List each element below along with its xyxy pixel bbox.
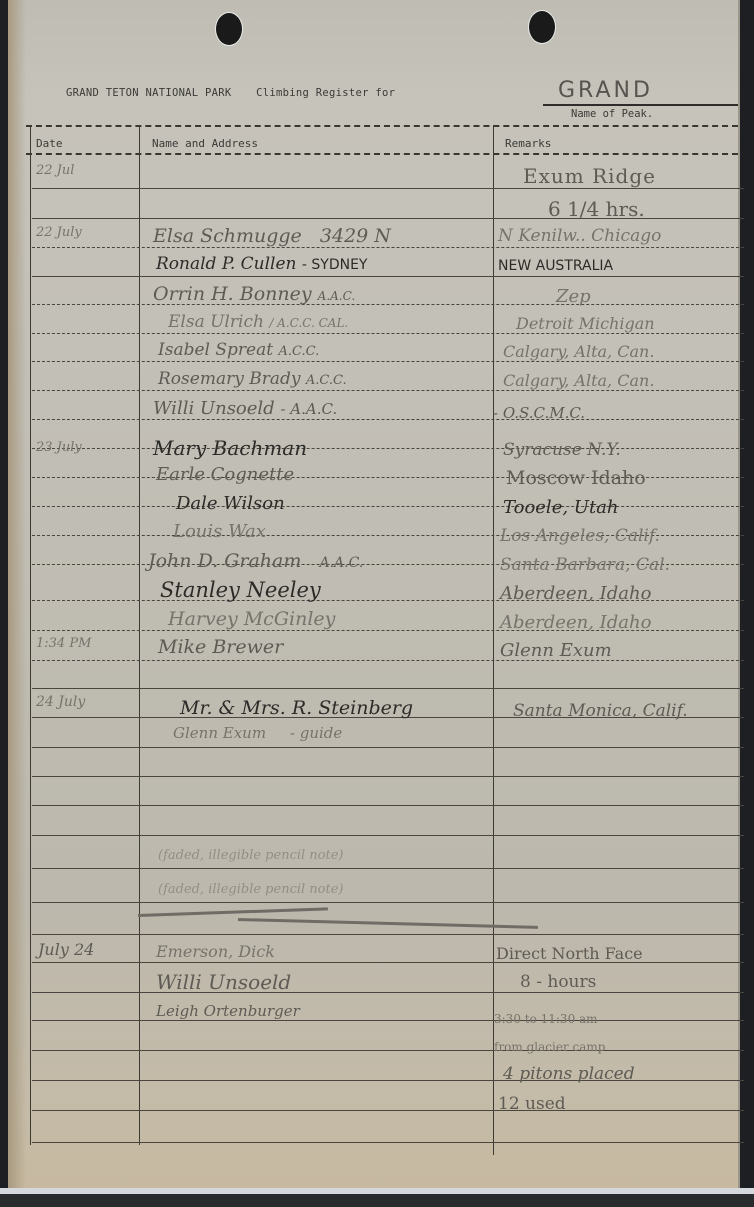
ruled-line bbox=[32, 1020, 744, 1021]
entry-remarks: Zep bbox=[556, 286, 591, 307]
entry-remarks: Santa Monica, Calif. bbox=[513, 701, 688, 721]
entry-remarks: Santa Barbara, Cal. bbox=[500, 555, 670, 575]
ruled-line bbox=[32, 992, 744, 993]
ruled-line bbox=[32, 835, 744, 836]
entry-name: John D. Graham A.A.C. bbox=[148, 550, 363, 572]
entry-remarks: Syracuse N.Y. bbox=[503, 440, 621, 460]
entry-name: Willi Unsoeld bbox=[156, 970, 291, 994]
ruled-line bbox=[32, 276, 744, 277]
entry-name: Stanley Neeley bbox=[160, 578, 321, 602]
ruled-line bbox=[32, 361, 744, 362]
frame-base bbox=[0, 1194, 754, 1207]
ruled-line bbox=[32, 868, 744, 869]
peak-name: GRAND bbox=[543, 78, 738, 106]
entry-name: Rosemary Brady A.C.C. bbox=[158, 369, 347, 389]
ruled-line bbox=[32, 776, 744, 777]
ruled-line bbox=[32, 247, 744, 248]
entry-remarks: NEW AUSTRALIA bbox=[498, 258, 613, 274]
header-rule-top bbox=[26, 125, 738, 127]
punch-hole-left bbox=[215, 12, 243, 46]
entry-remarks: 12 used bbox=[498, 1094, 566, 1114]
ruled-line bbox=[32, 188, 744, 189]
entry-name: Harvey McGinley bbox=[168, 608, 335, 630]
ruled-line bbox=[32, 304, 744, 305]
entry-name: Ronald P. Cullen - SYDNEY bbox=[156, 254, 367, 274]
entry-remarks: Aberdeen, Idaho bbox=[500, 612, 651, 633]
entry-name: Earle Cognette bbox=[156, 464, 294, 485]
ruled-line bbox=[32, 333, 744, 334]
faded-note: (faded, illegible pencil note) bbox=[158, 848, 344, 863]
ruled-line bbox=[32, 934, 744, 935]
entry-name: Mary Bachman bbox=[153, 436, 307, 460]
rule-name-remarks bbox=[493, 125, 494, 1155]
entry-name: Emerson, Dick bbox=[156, 942, 275, 961]
ruled-line bbox=[32, 390, 744, 391]
entry-date: 22 Jul bbox=[36, 163, 74, 178]
entry-remarks: Los Angeles, Calif. bbox=[500, 526, 660, 546]
entry-name: Mr. & Mrs. R. Steinberg bbox=[180, 697, 413, 719]
rule-left bbox=[30, 125, 31, 1145]
entry-date: 24 July bbox=[36, 694, 85, 710]
entry-date: 1:34 PM bbox=[36, 636, 91, 651]
entry-remarks: 8 - hours bbox=[520, 972, 596, 992]
entry-name: Leigh Ortenburger bbox=[156, 1002, 300, 1020]
entry-remarks: 4 pitons placed bbox=[503, 1064, 635, 1084]
entry-remarks: Glenn Exum bbox=[500, 640, 612, 661]
ruled-line bbox=[32, 506, 744, 507]
park-name: GRAND TETON NATIONAL PARK bbox=[66, 87, 232, 99]
entry-remarks: N Kenilw.. Chicago bbox=[498, 226, 661, 246]
entry-date: 22 July bbox=[36, 225, 82, 240]
entry-remarks: Aberdeen, Idaho bbox=[500, 583, 651, 604]
register-sheet: GRAND TETON NATIONAL PARK Climbing Regis… bbox=[8, 0, 740, 1192]
header-rule-bottom bbox=[26, 153, 738, 155]
entry-remarks: Moscow Idaho bbox=[506, 467, 646, 489]
entry-remarks: from glacier camp bbox=[494, 1040, 605, 1054]
ruled-line bbox=[32, 688, 744, 689]
entry-name: Willi Unsoeld - A.A.C. bbox=[153, 398, 337, 419]
ruled-line bbox=[32, 747, 744, 748]
entry-name: Elsa Schmugge 3429 N bbox=[153, 225, 391, 247]
register-header: GRAND TETON NATIONAL PARK Climbing Regis… bbox=[66, 87, 413, 99]
ruled-line bbox=[32, 1110, 744, 1111]
ruled-line bbox=[32, 805, 744, 806]
entry-remarks: 6 1/4 hrs. bbox=[548, 197, 645, 221]
entry-remarks: 3:30 to 11:30 am bbox=[494, 1012, 598, 1026]
entry-remarks: Detroit Michigan bbox=[516, 314, 655, 333]
column-header-name: Name and Address bbox=[152, 137, 258, 150]
register-label: Climbing Register for bbox=[256, 87, 395, 99]
entry-remarks: Tooele, Utah bbox=[503, 497, 619, 518]
ruled-line bbox=[32, 1050, 744, 1051]
ruled-line bbox=[32, 419, 744, 420]
ruled-line bbox=[32, 448, 744, 449]
ruled-line bbox=[32, 1080, 744, 1081]
peak-name-caption: Name of Peak. bbox=[571, 108, 653, 120]
entry-remarks: Exum Ridge bbox=[523, 164, 656, 188]
faded-note: (faded, illegible pencil note) bbox=[158, 882, 344, 897]
entry-name: Mike Brewer bbox=[158, 636, 283, 658]
strike-scribble bbox=[138, 907, 328, 917]
ruled-line bbox=[32, 902, 744, 903]
entry-name: Dale Wilson bbox=[176, 493, 285, 514]
ruled-line bbox=[32, 660, 744, 661]
entry-name: Elsa Ulrich / A.C.C. CAL. bbox=[168, 312, 348, 332]
punch-hole-right bbox=[528, 10, 556, 44]
entry-name: Orrin H. Bonney A.A.C. bbox=[153, 283, 355, 305]
entry-name: Louis Wax bbox=[173, 521, 266, 542]
entry-name: Isabel Spreat A.C.C. bbox=[158, 340, 319, 360]
entry-remarks: Calgary, Alta, Can. bbox=[503, 342, 654, 361]
entry-name: Glenn Exum - guide bbox=[173, 724, 342, 742]
entry-date: 23 July bbox=[36, 440, 82, 455]
entry-remarks: Direct North Face bbox=[496, 944, 643, 963]
entry-remarks: - O.S.C.M.C. bbox=[493, 404, 585, 422]
entry-date: July 24 bbox=[38, 940, 94, 959]
column-header-remarks: Remarks bbox=[505, 137, 551, 150]
column-header-date: Date bbox=[36, 137, 63, 150]
ruled-line bbox=[32, 1142, 744, 1143]
entry-remarks: Calgary, Alta, Can. bbox=[503, 371, 654, 390]
